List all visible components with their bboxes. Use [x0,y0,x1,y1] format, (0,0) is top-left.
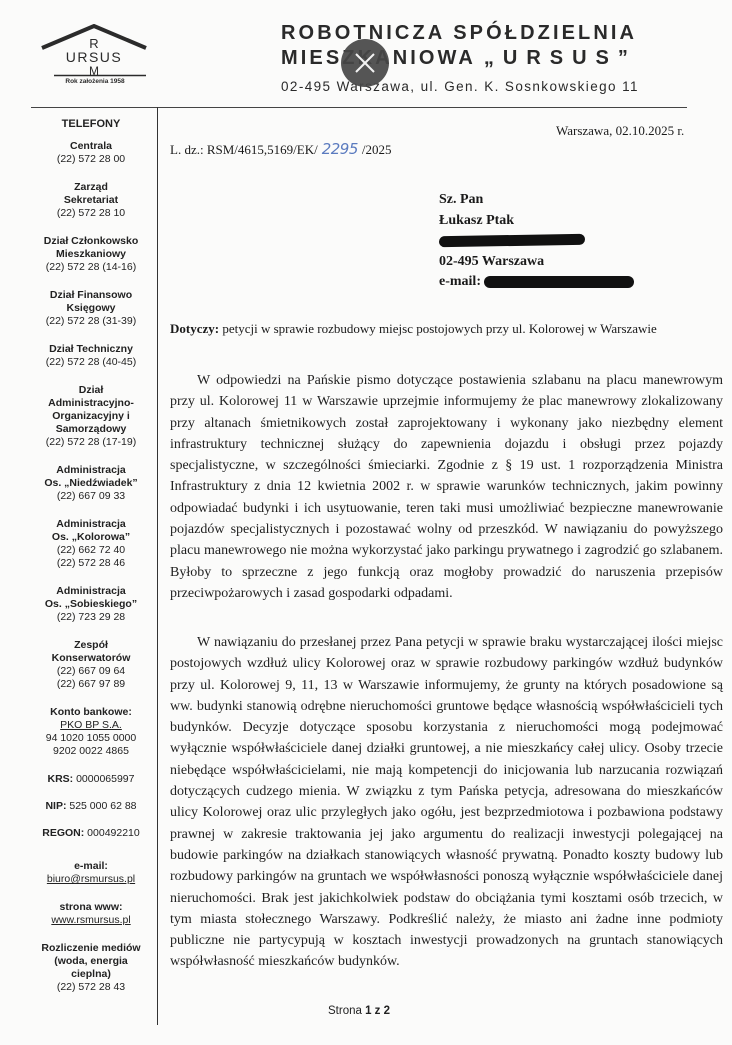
contact-label: Administracja [28,464,154,477]
letter-date: Warszawa, 02.10.2025 r. [556,123,684,139]
svg-text:URSUS: URSUS [66,49,123,65]
recipient-street-redacted [439,231,634,252]
website-contact: strona www: www.rsmursus.pl [28,901,154,927]
contact-label: Dział Członkowsko [28,235,154,248]
contact-label: Administracyjno- [28,397,154,410]
email-link[interactable]: biuro@rsmursus.pl [28,873,154,886]
nip-number: NIP: 525 000 62 88 [28,800,154,813]
reference-number: L. dz.: RSM/4615,5169/EK/2295/2025 [170,140,392,158]
contact-phone: (22) 667 09 33 [28,490,154,503]
contact-entry: Dział Techniczny(22) 572 28 (40-45) [28,343,154,369]
contact-label: Sekretariat [28,194,154,207]
contact-list: Centrala(22) 572 28 00ZarządSekretariat(… [28,140,154,691]
contact-label: Dział [28,384,154,397]
svg-text:Rok założenia 1958: Rok założenia 1958 [65,78,125,85]
contact-entry: Dział FinansowoKsięgowy(22) 572 28 (31-3… [28,289,154,328]
contact-entry: AdministracjaOs. „Niedźwiadek”(22) 667 0… [28,464,154,503]
rsm-ursus-logo: R URSUS M Rok założenia 1958 [38,24,158,86]
contact-label: Os. „Niedźwiadek” [28,477,154,490]
contact-phone: (22) 667 97 89 [28,678,154,691]
account-line-2: 9202 0022 4865 [28,745,154,758]
contact-label: Administracja [28,585,154,598]
contact-phone: (22) 572 28 10 [28,207,154,220]
subject-line: Dotyczy: petycji w sprawie rozbudowy mie… [170,321,725,337]
body-paragraph-2: W nawiązaniu do przesłanej przez Pana pe… [170,632,723,973]
close-x-icon [354,52,376,74]
contact-label: Organizacyjny i [28,410,154,423]
org-name-ursus: „URSUS” [484,47,637,69]
phones-heading: TELEFONY [28,118,154,130]
contact-entry: ZespółKonserwatorów(22) 667 09 64(22) 66… [28,639,154,691]
contact-label: Zarząd [28,181,154,194]
contact-phone: (22) 662 72 40 [28,544,154,557]
recipient-email-redacted [484,276,634,288]
org-address: 02-495 Warszawa, ul. Gen. K. Sosnkowskie… [281,79,639,94]
recipient-city: 02-495 Warszawa [439,252,634,273]
contact-label: Zespół [28,639,154,652]
page-number: Strona 1 z 2 [328,1005,390,1017]
contact-entry: DziałAdministracyjno-Organizacyjny iSamo… [28,384,154,449]
contact-phone: (22) 667 09 64 [28,665,154,678]
contact-phone: (22) 572 28 (40-45) [28,356,154,369]
bank-label: Konto bankowe: [28,706,154,719]
contact-entry: ZarządSekretariat(22) 572 28 10 [28,181,154,220]
contact-phone: (22) 572 28 (17-19) [28,436,154,449]
contact-entry: AdministracjaOs. „Sobieskiego”(22) 723 2… [28,585,154,624]
body-paragraph-1: W odpowiedzi na Pańskie pismo dotyczące … [170,370,723,604]
header-divider [31,107,687,108]
contact-label: Os. „Kolorowa” [28,531,154,544]
handwritten-number: 2295 [322,140,358,158]
house-roof-icon: R URSUS M Rok założenia 1958 [38,24,158,86]
contact-label: Centrala [28,140,154,153]
close-button[interactable] [341,39,389,87]
contact-phone: (22) 572 28 (14-16) [28,261,154,274]
contact-label: Księgowy [28,302,154,315]
recipient-salutation: Sz. Pan [439,190,634,211]
account-line-1: 94 1020 1055 0000 [28,732,154,745]
contact-label: Dział Finansowo [28,289,154,302]
krs-number: KRS: 0000065997 [28,773,154,786]
contact-sidebar: TELEFONY Centrala(22) 572 28 00ZarządSek… [28,118,154,1009]
contact-label: Samorządowy [28,423,154,436]
recipient-address: Sz. Pan Łukasz Ptak 02-495 Warszawa e-ma… [439,190,634,293]
contact-entry: Dział CzłonkowskoMieszkaniowy(22) 572 28… [28,235,154,274]
website-link[interactable]: www.rsmursus.pl [28,914,154,927]
contact-label: Administracja [28,518,154,531]
sidebar-divider [157,107,158,1025]
contact-entry: Centrala(22) 572 28 00 [28,140,154,166]
org-name-line1: ROBOTNICZA SPÓŁDZIELNIA [281,22,637,45]
contact-entry: AdministracjaOs. „Kolorowa”(22) 662 72 4… [28,518,154,570]
bank-account: Konto bankowe: PKO BP S.A. 94 1020 1055 … [28,706,154,758]
letter-page: R URSUS M Rok założenia 1958 ROBOTNICZA … [0,0,732,1045]
contact-phone: (22) 723 29 28 [28,611,154,624]
regon-number: REGON: 000492210 [28,827,154,840]
contact-label: Os. „Sobieskiego” [28,598,154,611]
org-name-line2: MIESZKANIOWA „URSUS” [281,47,637,70]
email-contact: e-mail: biuro@rsmursus.pl [28,860,154,886]
recipient-email: e-mail: [439,272,634,293]
contact-label: Mieszkaniowy [28,248,154,261]
contact-label: Dział Techniczny [28,343,154,356]
bank-name: PKO BP S.A. [28,719,154,732]
recipient-name: Łukasz Ptak [439,211,634,232]
contact-phone: (22) 572 28 (31-39) [28,315,154,328]
contact-phone: (22) 572 28 00 [28,153,154,166]
utilities-contact: Rozliczenie mediów (woda, energia ciepln… [28,942,154,994]
contact-phone: (22) 572 28 46 [28,557,154,570]
contact-label: Konserwatorów [28,652,154,665]
